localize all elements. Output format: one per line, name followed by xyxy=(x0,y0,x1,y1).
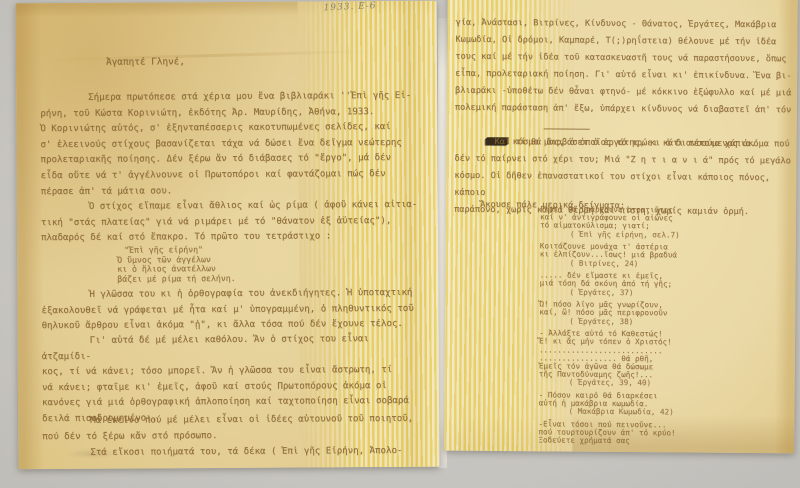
paragraph: Σήμερα πρωτόπεσε στά χέρια μου ἕνα βιβλι… xyxy=(40,89,421,200)
paragraph: Στά εἴκοσι ποιήματά του, τά δέκα ( Ἐπὶ γ… xyxy=(42,444,422,462)
verse-excerpt: Ὤ! πόσο λίγο μᾶς γνωρίζουν, καί, ὤ! πόσο… xyxy=(539,301,785,328)
paragraph: γία, Ἀνάστασι, Βιτρίνες, Κίνδυνος - Θάνα… xyxy=(455,15,794,120)
salutation: Ἀγαπητέ Γληνέ, xyxy=(106,56,185,67)
verse-excerpt: Κοιτάζουνε μονάχα τ' ἀστέρια κι ἐλπίζουν… xyxy=(540,243,786,270)
letter-page-2: γία, Ἀνάστασι, Βιτρίνες, Κίνδυνος - Θάνα… xyxy=(444,0,798,453)
verse-excerpt: -Εἶναι τόσοι πού πεινοῦνε... πού τουρτου… xyxy=(538,420,784,447)
verse-excerpt: - Πόσον καιρό θά διαρκέσει αὐτή ἡ μακάβρ… xyxy=(538,391,784,418)
excerpt-citation: ( Ἐργάτες, 37) xyxy=(539,288,785,299)
verse-excerpts: Γιατί νά ὑπάρχουνε στρατιῶτες καί ν' ἀντ… xyxy=(538,205,786,451)
excerpt-citation: ( Μακάβρια Κωμωδία, 42) xyxy=(538,408,784,419)
excerpt-citation: ( Ἐργάτες, 39, 40) xyxy=(539,379,785,390)
verse-excerpt: Γιατί νά ὑπάρχουνε στρατιῶτες καί ν' ἀντ… xyxy=(540,205,786,240)
verse-excerpt: ..... δέν εἴμαστε κι ἐμεῖς, μιά τόση δά … xyxy=(539,272,785,299)
excerpt-lines: - Ἀλλάξτε αὐτό τό Καθεστώς! Ἔ! κι ἄς μήν… xyxy=(539,330,785,381)
excerpt-citation: ( Ἐπὶ γῆς εἰρήνη, σελ.7) xyxy=(540,230,786,241)
verse-excerpt: - Ἀλλάξτε αὐτό τό Καθεστώς! Ἔ! κι ἄς μήν… xyxy=(539,330,785,390)
excerpt-lines: Γιατί νά ὑπάρχουνε στρατιῶτες καί ν' ἀντ… xyxy=(540,205,786,232)
quoted-verse: "Ἐπὶ γῆς εἰρήνη" Ὁ ὕμνος τῶν ἀγγέλων κι … xyxy=(117,245,236,284)
paragraph: Ὁ στίχος εἴπαμε εἶναι ἄθλιος καί ὡς ρίμα… xyxy=(41,198,421,247)
letter-page-1: 1933. Ε-6 Ἀγαπητέ Γληνέ, Σήμερα πρωτόπεσ… xyxy=(16,1,440,470)
excerpt-citation: ( Βιτρίνες, 24) xyxy=(540,259,786,270)
excerpt-citation: ( Ἐργάτες, 38) xyxy=(539,317,785,328)
paragraph: Ἡ γλῶσσα του κι ἡ ὀρθογραφία του ἀνεκδιή… xyxy=(41,286,421,335)
excerpt-lines: -Εἶναι τόσοι πού πεινοῦνε... πού τουρτου… xyxy=(538,420,784,447)
paragraph: Μά ἐκεῖνο πού μέ μέλει εἶναι οἱ ἰδέες αὐ… xyxy=(42,412,422,446)
scan-background: 1933. Ε-6 Ἀγαπητέ Γληνέ, Σήμερα πρωτόπεσ… xyxy=(0,0,800,488)
